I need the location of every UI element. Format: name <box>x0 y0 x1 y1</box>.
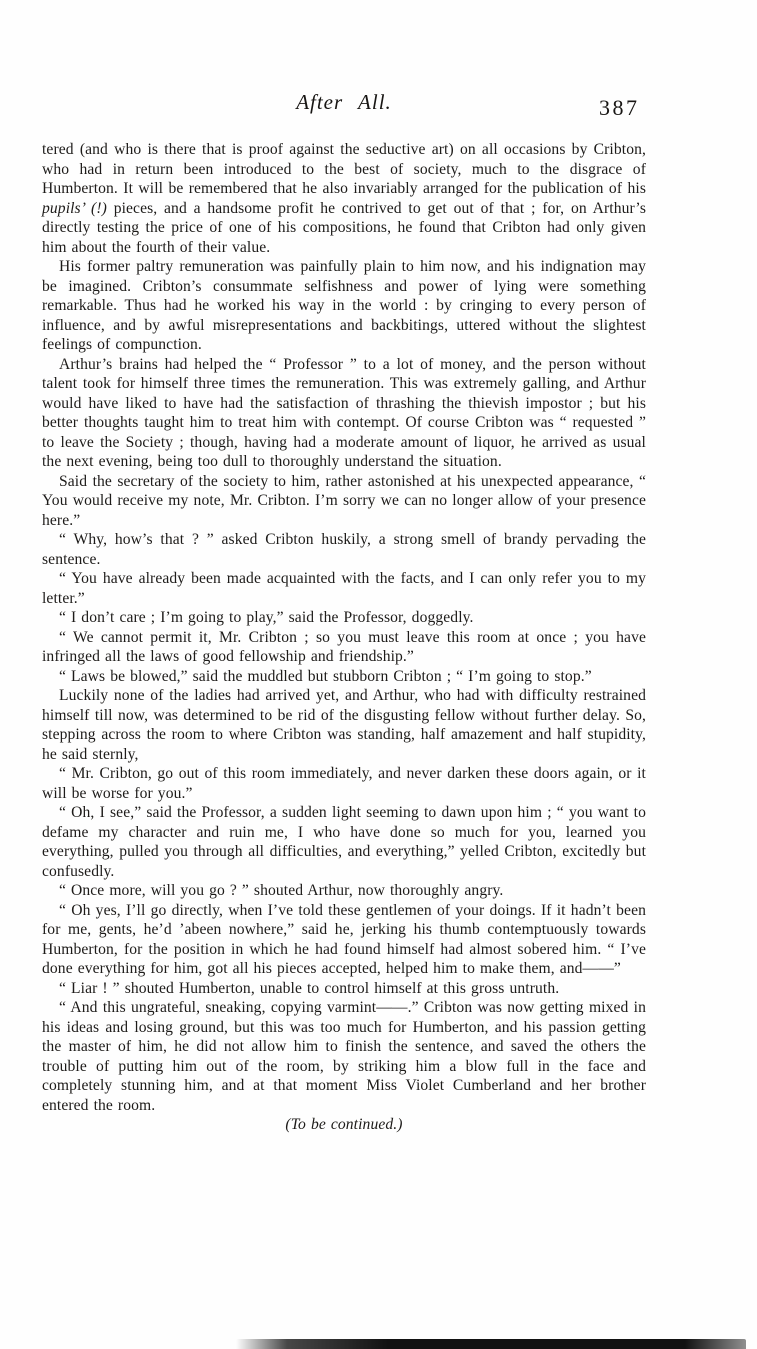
paragraph: “ Liar ! ” shouted Humberton, unable to … <box>42 979 646 999</box>
paragraph: “ Oh, I see,” said the Professor, a sudd… <box>42 803 646 881</box>
story-text-column: tered (and who is there that is proof ag… <box>42 140 646 1135</box>
scanned-book-page: After All. 387 tered (and who is there t… <box>0 0 757 1349</box>
scan-edge-shadow <box>236 1339 746 1349</box>
paragraph-text: tered (and who is there that is proof ag… <box>42 141 646 197</box>
paragraph: “ Oh yes, I’ll go directly, when I’ve to… <box>42 901 646 979</box>
paragraph: “ And this ungrateful, sneaking, copying… <box>42 998 646 1115</box>
paragraph: “ You have already been made acquainted … <box>42 569 646 608</box>
page-number: 387 <box>599 95 640 121</box>
paragraph: “ Once more, will you go ? ” shouted Art… <box>42 881 646 901</box>
paragraph: “ Laws be blowed,” said the muddled but … <box>42 667 646 687</box>
running-head-title: After All. <box>42 90 646 115</box>
paragraph-text: pieces, and a handsome profit he contriv… <box>42 200 646 256</box>
paragraph: Arthur’s brains had helped the “ Profess… <box>42 355 646 472</box>
paragraph: tered (and who is there that is proof ag… <box>42 140 646 257</box>
paragraph: “ Mr. Cribton, go out of this room immed… <box>42 764 646 803</box>
paragraph: His former paltry remuneration was painf… <box>42 257 646 355</box>
paragraph: “ Why, how’s that ? ” asked Cribton husk… <box>42 530 646 569</box>
paragraph: Luckily none of the ladies had arrived y… <box>42 686 646 764</box>
paragraph: “ We cannot permit it, Mr. Cribton ; so … <box>42 628 646 667</box>
paragraph: Said the secretary of the society to him… <box>42 472 646 531</box>
paragraph: “ I don’t care ; I’m going to play,” sai… <box>42 608 646 628</box>
paragraph-italic-text: pupils’ (!) <box>42 200 107 217</box>
to-be-continued-note: (To be continued.) <box>42 1115 646 1135</box>
